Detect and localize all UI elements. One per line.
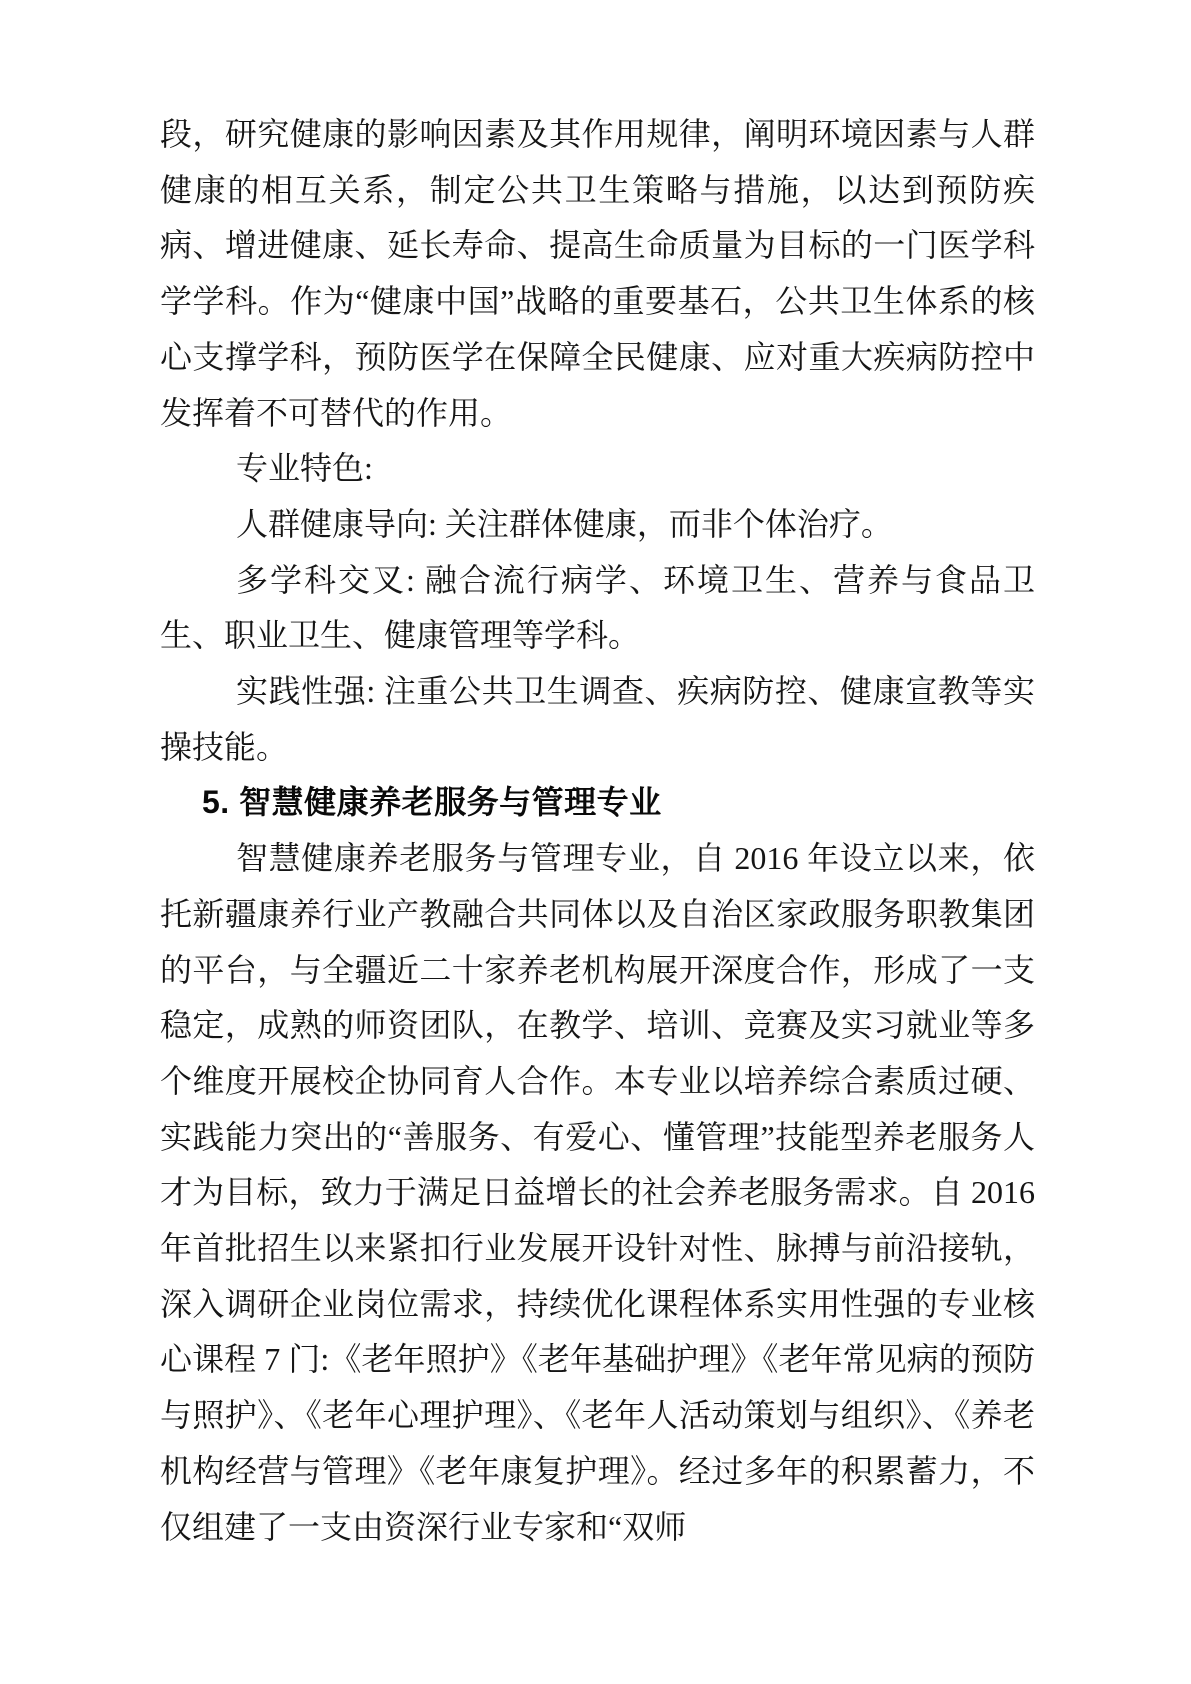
paragraph-section-5-body: 智慧健康养老服务与管理专业，自 2016 年设立以来，依托新疆康养行业产教融合共… bbox=[160, 831, 1035, 1555]
document-page: 段，研究健康的影响因素及其作用规律，阐明环境因素与人群健康的相互关系，制定公共卫… bbox=[0, 0, 1191, 1684]
paragraph-feature-multidisciplinary: 多学科交叉: 融合流行病学、环境卫生、营养与食品卫生、职业卫生、健康管理等学科。 bbox=[160, 553, 1035, 664]
paragraph-features-title: 专业特色: bbox=[160, 441, 1035, 497]
paragraph-feature-practical: 实践性强: 注重公共卫生调查、疾病防控、健康宣教等实操技能。 bbox=[160, 664, 1035, 775]
section-5-heading: 5. 智慧健康养老服务与管理专业 bbox=[160, 775, 1035, 831]
paragraph-feature-population-health: 人群健康导向: 关注群体健康，而非个体治疗。 bbox=[160, 497, 1035, 553]
paragraph-preventive-medicine-continuation: 段，研究健康的影响因素及其作用规律，阐明环境因素与人群健康的相互关系，制定公共卫… bbox=[160, 107, 1035, 441]
